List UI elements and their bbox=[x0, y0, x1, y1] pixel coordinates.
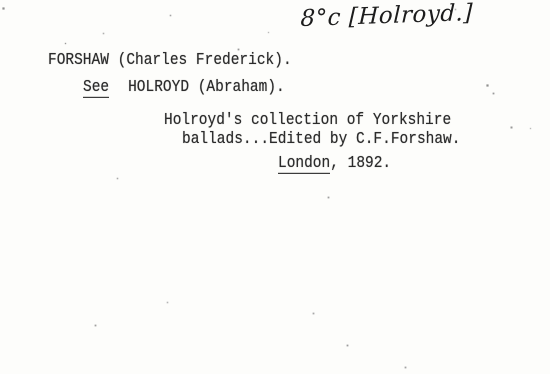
see-target: HOLROYD (Abraham). bbox=[128, 79, 285, 97]
handwritten-classmark: 8°c [Holroyd.] bbox=[300, 0, 473, 32]
see-word: See bbox=[83, 79, 109, 98]
see-reference-line: SeeHOLROYD (Abraham). bbox=[83, 80, 285, 96]
catalog-card: 8°c [Holroyd.] FORSHAW (Charles Frederic… bbox=[0, 0, 550, 374]
title-line-2: ballads...Edited by C.F.Forshaw. bbox=[182, 132, 460, 148]
imprint-line: London, 1892. bbox=[278, 156, 391, 172]
title-line-1: Holroyd's collection of Yorkshire bbox=[164, 113, 451, 129]
imprint-tail: , 1892. bbox=[330, 155, 391, 173]
entry-heading: FORSHAW (Charles Frederick). bbox=[48, 53, 292, 69]
scan-noise-specks bbox=[0, 0, 1, 1]
imprint-place: London bbox=[278, 155, 330, 174]
